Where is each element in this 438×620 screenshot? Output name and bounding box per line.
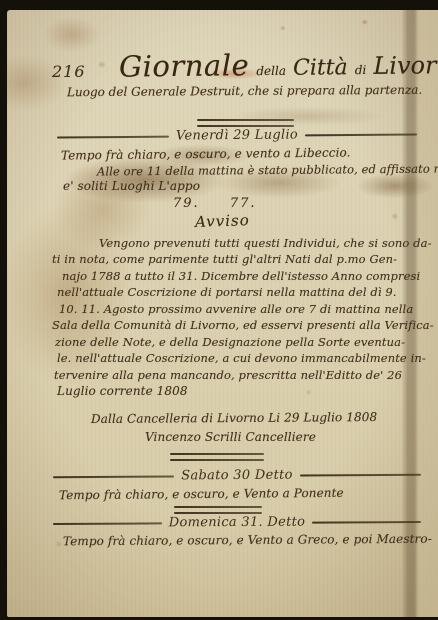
journal-subtitle: Luogo del Generale Destruit, che si prep… (67, 83, 412, 99)
rule-line (53, 475, 174, 478)
marginal-number-right: 77. (230, 196, 257, 211)
title-word: Città (293, 55, 348, 81)
date-header-sabato: Sabato 30 Detto (53, 467, 421, 485)
marginal-number-left: 79. (173, 196, 200, 211)
avviso-line: nell'attuale Coscrizione di portarsi nel… (57, 285, 397, 299)
rule-line (197, 119, 294, 121)
rule-line (312, 521, 421, 524)
weather-note: Tempo frà chiaro, e oscuro, e vento a Li… (61, 145, 351, 162)
date-header-domenica: Domenica 31. Detto (53, 514, 421, 531)
avviso-line: tervenire alla pena mancando, prescritta… (54, 368, 402, 382)
weather-note: Tempo frà chiaro, e oscuro, e Vento a Po… (59, 486, 344, 502)
date-header-label: Domenica 31. Detto (169, 515, 306, 531)
avviso-line: zione delle Note, e della Designazione p… (55, 335, 405, 349)
chancery-dateline: Dalla Cancelleria di Livorno Li 29 Lugli… (91, 410, 377, 426)
avviso-heading: Avviso (195, 211, 250, 231)
title-word: di (355, 63, 367, 77)
journal-title: Giornale della Città di Livorno (119, 46, 419, 83)
rule-line (170, 459, 264, 461)
page-number: 216 (52, 62, 86, 81)
avviso-line: Luglio corrente 1808 (57, 384, 188, 398)
avviso-line: ti in nota, come parimente tutti gl'altr… (52, 252, 397, 266)
rule-line (174, 512, 262, 514)
publication-note-line: e' soliti Luoghi L'appo (63, 179, 200, 193)
rule-line (57, 135, 169, 138)
date-header-label: Venerdì 29 Luglio (176, 127, 298, 143)
weather-note: Tempo frà chiaro, e oscuro, e Vento a Gr… (63, 532, 432, 549)
rule-line (305, 133, 417, 136)
avviso-line: 10. 11. Agosto prossimo avvenire alle or… (59, 302, 413, 316)
manuscript-photo: 216 Giornale della Città di Livorno Luog… (0, 0, 438, 620)
title-word: Livorno (373, 51, 438, 80)
avviso-line: najo 1788 a tutto il 31. Dicembre dell'i… (62, 269, 420, 283)
manuscript-page: 216 Giornale della Città di Livorno Luog… (7, 10, 438, 617)
rule-line (170, 453, 264, 455)
publication-note-line: Alle ore 11 della mattina è stato pubbli… (97, 161, 438, 178)
rule-line (174, 506, 262, 508)
avviso-line: le. nell'attuale Coscrizione, a cui devo… (57, 351, 426, 365)
marginal-numbers: 79. 77. (173, 196, 257, 211)
date-header-label: Sabato 30 Detto (181, 468, 293, 484)
separator-double-rule (170, 453, 264, 465)
avviso-line: Vengono prevenuti tutti questi Individui… (99, 236, 432, 250)
date-header-venerdi: Venerdì 29 Luglio (57, 126, 417, 144)
chancellor-signature: Vincenzo Scrilli Cancelliere (145, 430, 316, 444)
title-word: della (256, 64, 286, 78)
rule-line (53, 522, 162, 525)
rule-line (300, 473, 421, 476)
title-word: Giornale (119, 48, 250, 83)
avviso-line: Sala della Comunità di Livorno, ed esser… (52, 318, 434, 332)
